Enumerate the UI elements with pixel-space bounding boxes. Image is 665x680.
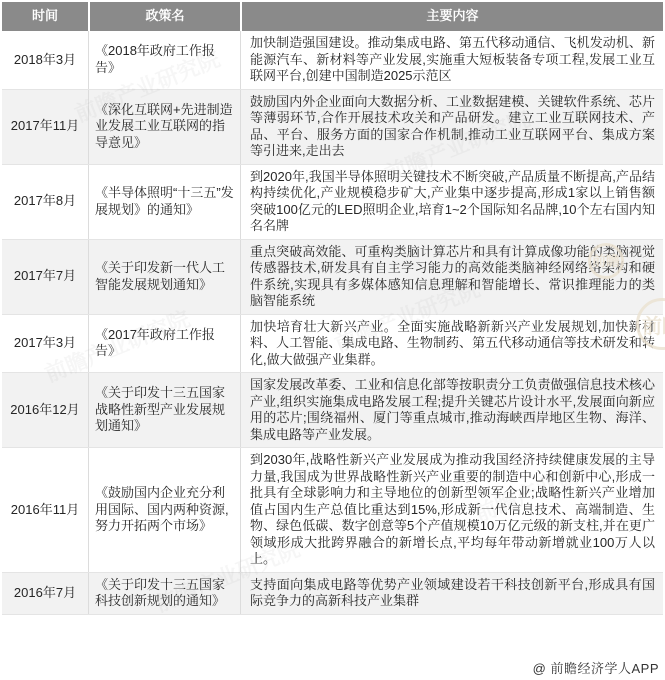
policy-time: 2018年3月 [2, 31, 88, 89]
policy-name: 《关于印发新一代人工智能发展规划通知》 [88, 240, 240, 314]
policy-content: 加快制造强国建设。推动集成电路、第五代移动通信、飞机发动机、新能源汽车、新材料等… [240, 31, 663, 89]
table-row: 2016年7月 《关于印发十三五国家科技创新规划的通知》 支持面向集成电路等优势… [2, 572, 663, 614]
policy-content: 国家发展改革委、工业和信息化部等按职责分工负责做强信息技术核心产业,组织实施集成… [240, 373, 663, 447]
policy-content: 支持面向集成电路等优势产业领域建设若干科技创新平台,形成具有国际竞争力的高新科技… [240, 573, 663, 614]
policy-content: 加快培育壮大新兴产业。全面实施战略新新兴产业发展规划,加快新材料、人工智能、集成… [240, 315, 663, 373]
policy-name: 《2018年政府工作报告》 [88, 31, 240, 89]
table-row: 2017年7月 《关于印发新一代人工智能发展规划通知》 重点突破高效能、可重构类… [2, 239, 663, 314]
column-header-content: 主要内容 [240, 2, 663, 31]
policy-name: 《2017年政府工作报告》 [88, 315, 240, 373]
column-header-policy: 政策名 [88, 2, 240, 31]
policy-time: 2016年7月 [2, 573, 88, 614]
policy-name: 《关于印发十三五国家科技创新规划的通知》 [88, 573, 240, 614]
table-body: 2018年3月 《2018年政府工作报告》 加快制造强国建设。推动集成电路、第五… [2, 31, 663, 614]
policy-table: 时间 政策名 主要内容 2018年3月 《2018年政府工作报告》 加快制造强国… [2, 2, 663, 615]
policy-name: 《关于印发十三五国家战略性新型产业发展规划通知》 [88, 373, 240, 447]
source-credit: @ 前瞻经济学人APP [533, 658, 659, 677]
table-header-row: 时间 政策名 主要内容 [2, 2, 663, 31]
table-row: 2017年8月 《半导体照明“十三五”发展规划》的通知》 到2020年,我国半导… [2, 164, 663, 239]
column-header-time: 时间 [2, 2, 88, 31]
table-row: 2017年11月 《深化互联网+先进制造业发展工业互联网的指导意见》 鼓励国内外… [2, 89, 663, 164]
policy-time: 2017年8月 [2, 165, 88, 239]
policy-content: 到2030年,战略性新兴产业发展成为推动我国经济持续健康发展的主导力量,我国成为… [240, 448, 663, 572]
table-row: 2016年12月 《关于印发十三五国家战略性新型产业发展规划通知》 国家发展改革… [2, 372, 663, 447]
policy-name: 《深化互联网+先进制造业发展工业互联网的指导意见》 [88, 90, 240, 164]
policy-time: 2017年11月 [2, 90, 88, 164]
table-row: 2016年11月 《鼓励国内企业充分利用国际、国内两种资源,努力开拓两个市场》 … [2, 447, 663, 572]
policy-content: 到2020年,我国半导体照明关键技术不断突破,产品质量不断提高,产品结构持续优化… [240, 165, 663, 239]
policy-time: 2016年12月 [2, 373, 88, 447]
policy-name: 《半导体照明“十三五”发展规划》的通知》 [88, 165, 240, 239]
table-row: 2018年3月 《2018年政府工作报告》 加快制造强国建设。推动集成电路、第五… [2, 31, 663, 89]
policy-name: 《鼓励国内企业充分利用国际、国内两种资源,努力开拓两个市场》 [88, 448, 240, 572]
policy-content: 鼓励国内外企业面向大数据分析、工业数据建模、关键软件系统、芯片等薄弱环节,合作开… [240, 90, 663, 164]
policy-table-page: 前瞻产业研究院 前瞻产业研究院 前瞻产业研究院 前瞻产业研究院 前瞻产业研究院 … [0, 0, 665, 680]
policy-time: 2017年7月 [2, 240, 88, 314]
policy-time: 2016年11月 [2, 448, 88, 572]
policy-content: 重点突破高效能、可重构类脑计算芯片和具有计算成像功能的类脑视觉传感器技术,研发具… [240, 240, 663, 314]
table-row: 2017年3月 《2017年政府工作报告》 加快培育壮大新兴产业。全面实施战略新… [2, 314, 663, 373]
policy-time: 2017年3月 [2, 315, 88, 373]
